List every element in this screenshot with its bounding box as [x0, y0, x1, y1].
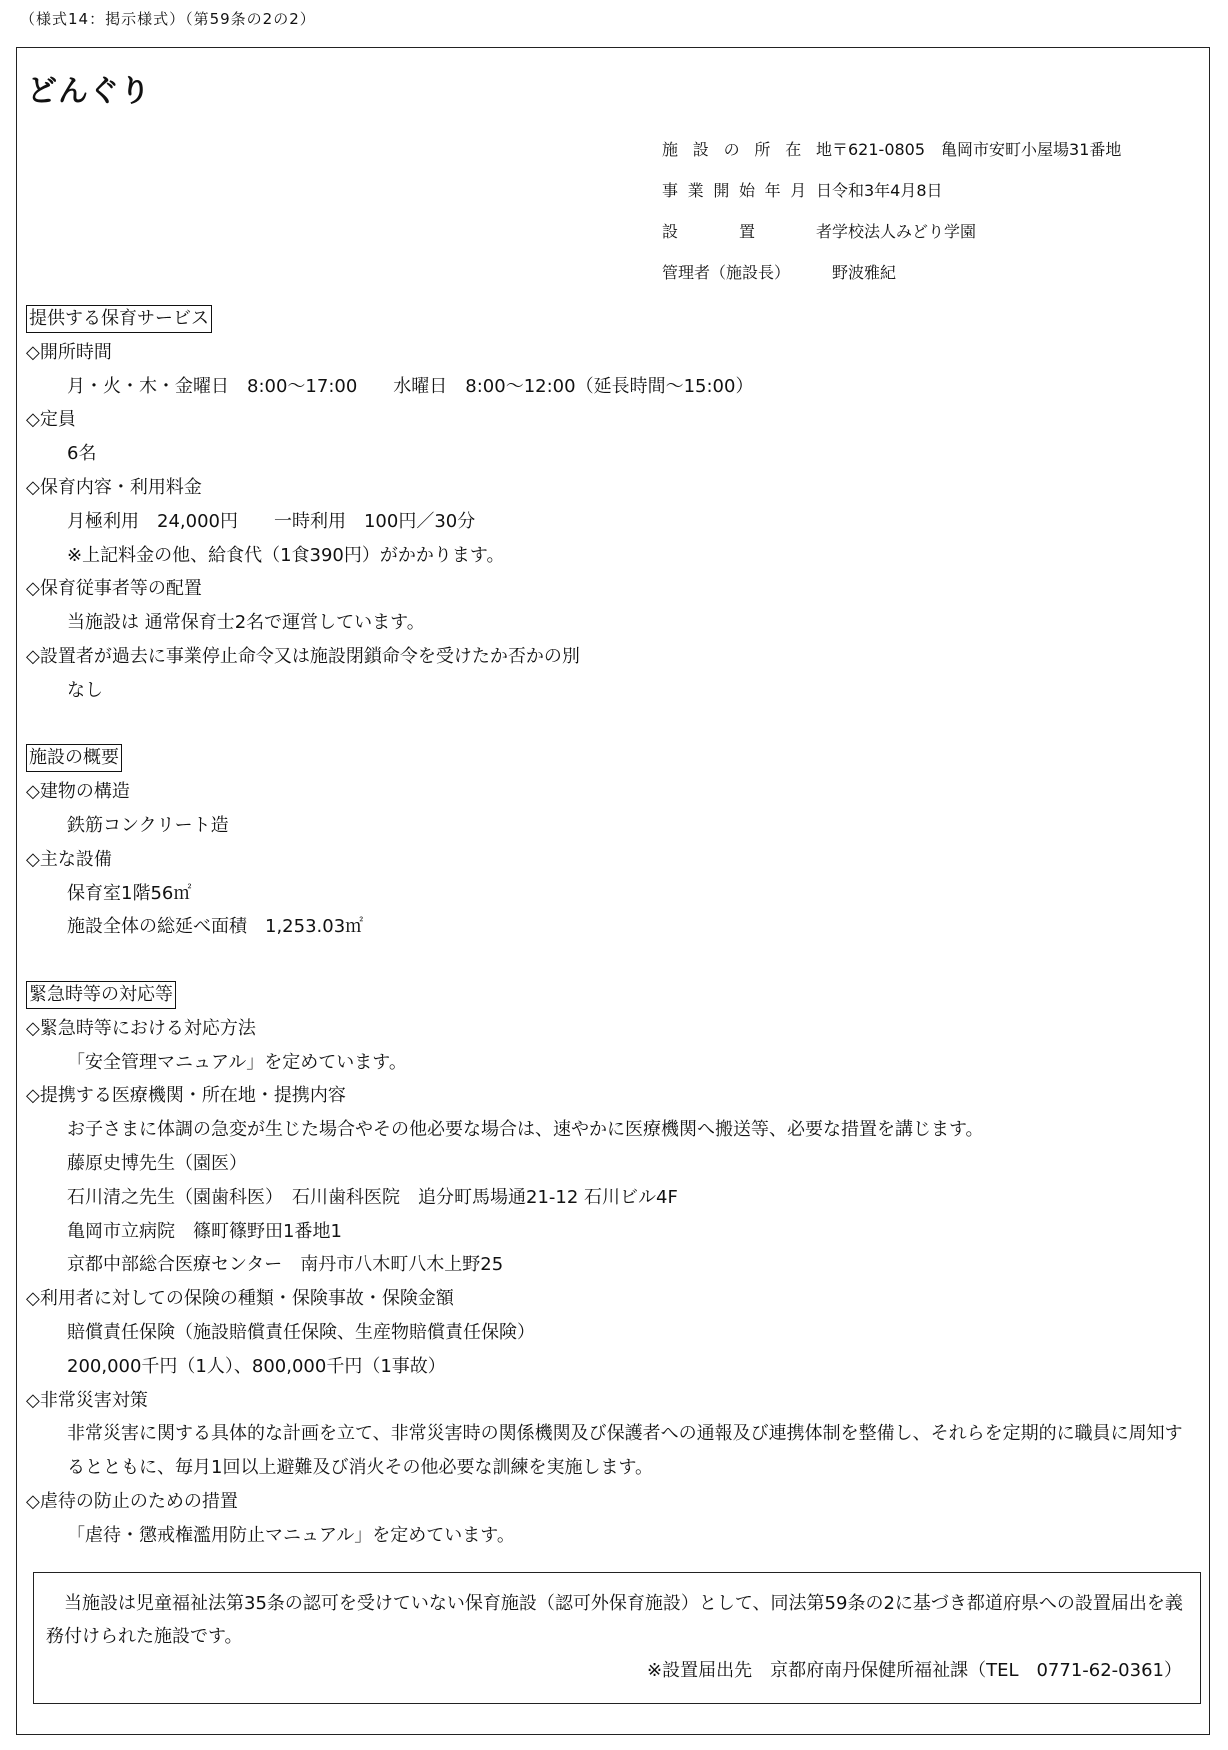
item-title: ◇開所時間 [26, 336, 1199, 370]
item-line: 「虐待・懲戒権濫用防止マニュアル」を定めています。 [26, 1519, 1199, 1553]
section-heading-services: 提供する保育サービス [26, 305, 212, 333]
item-title: ◇建物の構造 [26, 775, 1199, 809]
item-title: ◇利用者に対しての保険の種類・保険事故・保険金額 [26, 1282, 1199, 1316]
item-line: 200,000千円（1人）、800,000千円（1事故） [26, 1350, 1199, 1384]
item-title: ◇非常災害対策 [26, 1384, 1199, 1418]
item-line: 当施設は 通常保育士2名で運営しています。 [26, 606, 1199, 640]
item-title: ◇緊急時等における対応方法 [26, 1012, 1199, 1046]
item-title: ◇設置者が過去に事業停止命令又は施設閉鎖命令を受けたか否かの別 [26, 640, 1199, 674]
item-line: ※上記料金の他、給食代（1食390円）がかかります。 [26, 539, 1199, 573]
item-line: 施設全体の総延べ面積 1,253.03㎡ [26, 910, 1199, 944]
section-heading-emergency: 緊急時等の対応等 [26, 981, 176, 1009]
notice-box: 当施設は児童福祉法第35条の認可を受けていない保育施設（認可外保育施設）として、… [33, 1572, 1201, 1704]
notice-frame: どんぐり 施 設 の 所 在 地 〒621-0805 亀岡市安町小屋場31番地 … [16, 47, 1210, 1735]
info-row-founder: 設 置 者 学校法人みどり学園 [662, 210, 1121, 251]
item-paragraph: 非常災害に関する具体的な計画を立て、非常災害時の関係機関及び保護者への通報及び連… [26, 1417, 1199, 1485]
spacer [26, 944, 1199, 978]
item-line: なし [26, 674, 1199, 708]
item-line: 藤原史博先生（園医） [26, 1147, 1199, 1181]
item-title: ◇保育内容・利用料金 [26, 471, 1199, 505]
spacer [26, 708, 1199, 742]
info-row-start-date: 事 業 開 始 年 月 日 令和3年4月8日 [662, 169, 1121, 210]
info-label-start-date: 事 業 開 始 年 月 日 [662, 178, 832, 201]
item-line: 亀岡市立病院 篠町篠野田1番地1 [26, 1215, 1199, 1249]
info-value-location: 〒621-0805 亀岡市安町小屋場31番地 [832, 137, 1121, 160]
item-title: ◇保育従事者等の配置 [26, 572, 1199, 606]
section-heading-overview: 施設の概要 [26, 744, 122, 772]
info-label-founder: 設 置 者 [662, 219, 832, 242]
item-title: ◇定員 [26, 403, 1199, 437]
notice-footer: ※設置届出先 京都府南丹保健所福祉課（TEL 0771-62-0361） [46, 1654, 1188, 1687]
info-row-manager: 管理者（施設長） 野波雅紀 [662, 251, 1121, 292]
item-title: ◇提携する医療機関・所在地・提携内容 [26, 1079, 1199, 1113]
info-row-location: 施 設 の 所 在 地 〒621-0805 亀岡市安町小屋場31番地 [662, 128, 1121, 169]
item-line: 賠償責任保険（施設賠償責任保険、生産物賠償責任保険） [26, 1316, 1199, 1350]
item-title: ◇主な設備 [26, 843, 1199, 877]
item-line: 京都中部総合医療センター 南丹市八木町八木上野25 [26, 1248, 1199, 1282]
info-value-manager: 野波雅紀 [832, 260, 896, 283]
item-line: 月極利用 24,000円 一時利用 100円／30分 [26, 505, 1199, 539]
info-value-founder: 学校法人みどり学園 [832, 219, 976, 242]
info-label-location: 施 設 の 所 在 地 [662, 137, 832, 160]
item-line: 「安全管理マニュアル」を定めています。 [26, 1046, 1199, 1080]
item-line: 月・火・木・金曜日 8:00～17:00 水曜日 8:00～12:00（延長時間… [26, 370, 1199, 404]
document-body: 提供する保育サービス ◇開所時間 月・火・木・金曜日 8:00～17:00 水曜… [26, 302, 1199, 1552]
item-line: 保育室1階56㎡ [26, 877, 1199, 911]
info-value-start-date: 令和3年4月8日 [832, 178, 943, 201]
facility-info: 施 設 の 所 在 地 〒621-0805 亀岡市安町小屋場31番地 事 業 開… [662, 128, 1121, 292]
item-title: ◇虐待の防止のための措置 [26, 1485, 1199, 1519]
facility-title: どんぐり [27, 66, 151, 110]
item-line: お子さまに体調の急変が生じた場合やその他必要な場合は、速やかに医療機関へ搬送等、… [26, 1113, 1199, 1147]
item-line: 石川清之先生（園歯科医） 石川歯科医院 追分町馬場通21-12 石川ビル4F [26, 1181, 1199, 1215]
item-line: 鉄筋コンクリート造 [26, 809, 1199, 843]
item-line: 6名 [26, 437, 1199, 471]
notice-text: 当施設は児童福祉法第35条の認可を受けていない保育施設（認可外保育施設）として、… [46, 1587, 1188, 1653]
form-label: （様式14：掲示様式）（第59条の2の2） [20, 8, 316, 29]
info-label-manager: 管理者（施設長） [662, 260, 832, 283]
